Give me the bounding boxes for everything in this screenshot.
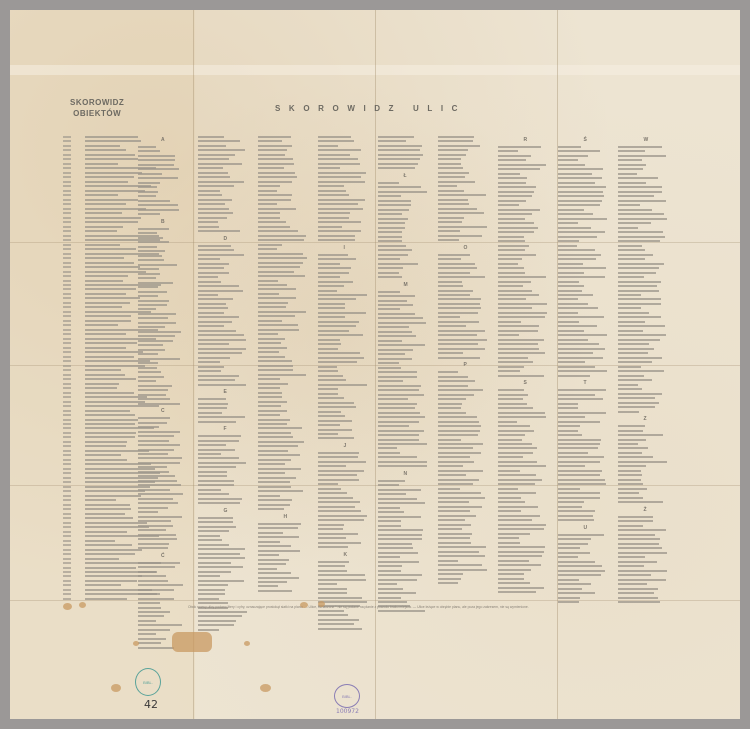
index-entry: [498, 320, 553, 324]
index-entry: [318, 189, 373, 193]
index-entry: [438, 297, 493, 301]
index-entry: [498, 253, 553, 257]
index-entry: [498, 446, 553, 450]
index-entry: [378, 244, 433, 248]
index-entry: [558, 167, 613, 171]
index-entry: [198, 383, 253, 387]
index-entry: [438, 473, 493, 477]
index-entry: [318, 455, 373, 459]
index-entry: [378, 375, 433, 379]
index-entry: [198, 556, 253, 560]
index-entry: [378, 497, 433, 501]
index-entry: [138, 452, 188, 456]
index-entry: [258, 404, 313, 408]
index-entry: [198, 211, 253, 215]
stain: [172, 632, 212, 652]
index-entry: [438, 320, 493, 324]
index-entry: [618, 573, 673, 577]
index-entry: [558, 464, 613, 468]
index-entry: [618, 478, 673, 482]
index-entry: [378, 144, 433, 148]
index-entry: [378, 388, 433, 392]
index-entry: [498, 271, 553, 275]
index-entry: [378, 411, 433, 415]
index-entry: [498, 505, 553, 509]
index-entry: [498, 302, 553, 306]
index-entry: [498, 586, 553, 590]
library-stamp-purple: BIBL.: [334, 684, 360, 708]
index-entry: [558, 235, 613, 239]
index-entry: [138, 592, 188, 596]
index-entry: [198, 570, 253, 574]
index-entry: [138, 479, 188, 483]
index-entry: [258, 476, 313, 480]
index-entry: [438, 577, 493, 581]
index-entry: [498, 393, 553, 397]
index-entry: [378, 537, 433, 541]
index-entry: [318, 487, 373, 491]
index-entry: [438, 289, 493, 293]
index-entry: [258, 589, 313, 593]
section-letter: P: [438, 360, 493, 370]
index-entry: [258, 211, 313, 215]
index-entry: [318, 573, 373, 577]
index-entry: [558, 275, 613, 279]
index-entry: [618, 324, 673, 328]
index-entry: [138, 565, 188, 569]
index-entry: [558, 573, 613, 577]
index-entry: [498, 415, 553, 419]
index-entry: [498, 329, 553, 333]
section-letter: B: [138, 217, 188, 227]
index-entry: [198, 244, 253, 248]
index-entry: [438, 329, 493, 333]
index-entry: [558, 280, 613, 284]
index-entry: [318, 153, 373, 157]
index-entry: [438, 293, 493, 297]
index-entry: [558, 560, 613, 564]
index-entry: [198, 525, 253, 529]
index-entry: [558, 338, 613, 342]
index-entry: [498, 429, 553, 433]
index-entry: [618, 546, 673, 550]
index-entry: [558, 551, 613, 555]
index-entry: [438, 229, 493, 233]
index-entry: [318, 180, 373, 184]
index-entry: [318, 482, 373, 486]
index-entry: [558, 469, 613, 473]
index-entry: [438, 379, 493, 383]
index-entry: [438, 220, 493, 224]
index-entry: [558, 500, 613, 504]
index-entry: [318, 275, 373, 279]
index-entry: [498, 199, 553, 203]
objects-index-title: SKOROWIDZ OBIEKTÓW: [70, 97, 124, 119]
index-entry: [438, 442, 493, 446]
index-entry: [618, 266, 673, 270]
section-letter: Z: [618, 414, 673, 424]
index-entry: [618, 482, 673, 486]
index-entry: [498, 536, 553, 540]
index-entry: [558, 537, 613, 541]
index-entry: [618, 528, 673, 532]
index-column-col-1: ABCĆ: [138, 135, 188, 650]
index-entry: [378, 299, 433, 303]
index-entry: [258, 462, 313, 466]
index-entry: [258, 256, 313, 260]
index-entry: [378, 600, 433, 604]
index-entry: [318, 315, 373, 319]
index-entry: [138, 254, 188, 258]
index-entry: [618, 446, 673, 450]
index-entry: [618, 542, 673, 546]
index-entry: [258, 489, 313, 493]
index-entry: [618, 145, 673, 149]
index-entry: [318, 618, 373, 622]
index-entry: [618, 158, 673, 162]
index-entry: [318, 234, 373, 238]
stamp-number: 100972: [336, 708, 359, 715]
index-entry: [558, 293, 613, 297]
index-entry: [498, 369, 553, 373]
index-entry: [558, 176, 613, 180]
index-entry: [438, 554, 493, 558]
index-entry: [558, 514, 613, 518]
index-entry: [558, 302, 613, 306]
index-entry: [558, 569, 613, 573]
index-entry: [198, 623, 253, 627]
index-entry: [498, 167, 553, 171]
index-entry: [198, 193, 253, 197]
index-entry: [198, 474, 253, 478]
index-entry: [138, 334, 188, 338]
index-entry: [618, 230, 673, 234]
index-entry: [318, 162, 373, 166]
index-entry: [378, 546, 433, 550]
index-entry: [558, 546, 613, 550]
index-entry: [198, 479, 253, 483]
index-entry: [378, 578, 433, 582]
index-entry: [618, 280, 673, 284]
section-letter: Ć: [138, 551, 188, 561]
index-entry: [318, 333, 373, 337]
index-entry: [618, 275, 673, 279]
index-entry: [378, 166, 433, 170]
index-entry: [378, 157, 433, 161]
index-entry: [378, 334, 433, 338]
index-entry: [258, 458, 313, 462]
index-entry: [198, 144, 253, 148]
index-entry: [198, 628, 253, 632]
index-entry: [498, 496, 553, 500]
index-entry: [138, 606, 188, 610]
index-entry: [198, 266, 253, 270]
index-entry: [618, 533, 673, 537]
index-entry: [138, 240, 188, 244]
index-entry: [138, 299, 188, 303]
index-entry: [438, 509, 493, 513]
index-entry: [198, 207, 253, 211]
index-entry: [378, 370, 433, 374]
index-entry: [438, 514, 493, 518]
index-entry: [198, 378, 253, 382]
index-entry: [618, 315, 673, 319]
index-entry: [438, 532, 493, 536]
index-entry: [558, 253, 613, 257]
index-entry: [258, 355, 313, 359]
index-entry: [438, 238, 493, 242]
index-entry: [138, 421, 188, 425]
index-entry: [138, 506, 188, 510]
index-entry: [258, 503, 313, 507]
index-entry: [138, 448, 188, 452]
index-entry: [618, 560, 673, 564]
stamp-text: BIBL.: [342, 694, 352, 699]
index-entry: [138, 149, 188, 153]
index-entry: [498, 550, 553, 554]
index-entry: [618, 555, 673, 559]
index-entry: [258, 323, 313, 327]
index-entry: [618, 460, 673, 464]
index-entry: [318, 225, 373, 229]
index-entry: [198, 397, 253, 401]
index-entry: [258, 413, 313, 417]
index-entry: [318, 401, 373, 405]
index-entry: [138, 167, 188, 171]
index-entry: [378, 384, 433, 388]
index-entry: [138, 236, 188, 240]
index-entry: [258, 314, 313, 318]
index-entry: [498, 402, 553, 406]
index-entry: [498, 230, 553, 234]
index-entry: [198, 347, 253, 351]
index-entry: [198, 588, 253, 592]
index-entry: [138, 231, 188, 235]
index-entry: [558, 478, 613, 482]
index-entry: [318, 280, 373, 284]
index-entry: [438, 315, 493, 319]
index-entry: [498, 203, 553, 207]
index-entry: [558, 311, 613, 315]
index-entry: [198, 552, 253, 556]
index-entry: [618, 262, 673, 266]
index-entry: [198, 465, 253, 469]
index-entry: [258, 350, 313, 354]
index-entry: [618, 405, 673, 409]
index-entry: [618, 226, 673, 230]
index-entry: [258, 234, 313, 238]
index-entry: [438, 253, 493, 257]
index-entry: [558, 297, 613, 301]
index-entry: [258, 148, 313, 152]
index-entry: [138, 574, 188, 578]
index-entry: [318, 469, 373, 473]
index-entry: [258, 498, 313, 502]
index-entry: [438, 266, 493, 270]
index-entry: [378, 524, 433, 528]
index-entry: [138, 325, 188, 329]
index-entry: [558, 190, 613, 194]
index-entry: [258, 220, 313, 224]
index-entry: [558, 564, 613, 568]
index-entry: [258, 341, 313, 345]
index-entry: [138, 393, 188, 397]
index-entry: [258, 310, 313, 314]
index-entry: [558, 600, 613, 604]
index-entry: [558, 212, 613, 216]
index-entry: [498, 545, 553, 549]
index-entry: [498, 248, 553, 252]
index-entry: [498, 590, 553, 594]
section-letter: K: [318, 550, 373, 560]
index-entry: [318, 216, 373, 220]
index-entry: [198, 402, 253, 406]
index-entry: [318, 396, 373, 400]
index-entry: [618, 564, 673, 568]
index-entry: [258, 553, 313, 557]
index-entry: [438, 284, 493, 288]
index-entry: [438, 420, 493, 424]
index-entry: [618, 342, 673, 346]
index-entry: [318, 329, 373, 333]
index-entry: [558, 217, 613, 221]
index-entry: [318, 464, 373, 468]
index-entry: [258, 431, 313, 435]
index-entry: [258, 544, 313, 548]
index-entry: [258, 270, 313, 274]
index-entry: [198, 248, 253, 252]
index-entry: [558, 442, 613, 446]
index-column-col-2: DEFG: [198, 135, 253, 632]
index-entry: [438, 487, 493, 491]
index-entry: [378, 153, 433, 157]
index-entry: [498, 541, 553, 545]
index-entry: [618, 154, 673, 158]
index-entry: [318, 347, 373, 351]
index-entry: [438, 438, 493, 442]
index-entry: [618, 167, 673, 171]
index-entry: [138, 465, 188, 469]
index-entry: [138, 285, 188, 289]
index-entry: [618, 365, 673, 369]
index-entry: [378, 325, 433, 329]
index-entry: [258, 382, 313, 386]
stain: [260, 684, 271, 692]
index-entry: [258, 418, 313, 422]
index-entry: [558, 149, 613, 153]
index-entry: [198, 406, 253, 410]
index-entry: [318, 414, 373, 418]
index-entry: [618, 235, 673, 239]
index-entry: [378, 397, 433, 401]
index-entry: [258, 175, 313, 179]
index-entry: [318, 175, 373, 179]
index-entry: [258, 409, 313, 413]
index-entry: [558, 455, 613, 459]
index-entry: [318, 365, 373, 369]
index-entry: [198, 597, 253, 601]
index-entry: [498, 315, 553, 319]
index-entry: [258, 144, 313, 148]
index-entry: [618, 190, 673, 194]
index-entry: [318, 536, 373, 540]
index-entry: [378, 402, 433, 406]
index-entry: [498, 487, 553, 491]
index-entry: [438, 166, 493, 170]
index-entry: [438, 375, 493, 379]
index-entry: [378, 290, 433, 294]
index-entry: [138, 375, 188, 379]
index-entry: [138, 542, 188, 546]
index-entry: [378, 257, 433, 261]
index-entry: [138, 361, 188, 365]
index-entry: [378, 235, 433, 239]
index-entry: [378, 393, 433, 397]
index-entry: [438, 180, 493, 184]
index-entry: [138, 357, 188, 361]
index-entry: [198, 157, 253, 161]
index-entry: [438, 338, 493, 342]
index-entry: [318, 423, 373, 427]
index-entry: [378, 451, 433, 455]
index-entry: [438, 171, 493, 175]
index-entry: [378, 248, 433, 252]
index-entry: [318, 144, 373, 148]
index-entry: [138, 263, 188, 267]
index-entry: [618, 239, 673, 243]
index-entry: [318, 518, 373, 522]
index-entry: [378, 203, 433, 207]
index-entry: [498, 473, 553, 477]
index-entry: [498, 239, 553, 243]
section-letter: M: [378, 280, 433, 290]
index-entry: [198, 461, 253, 465]
index-entry: [258, 480, 313, 484]
index-entry: [258, 216, 313, 220]
index-entry: [438, 193, 493, 197]
index-entry: [138, 474, 188, 478]
index-entry: [618, 374, 673, 378]
index-entry: [438, 518, 493, 522]
index-entry: [498, 338, 553, 342]
index-entry: [318, 166, 373, 170]
section-letter: Ż: [618, 505, 673, 515]
index-entry: [258, 274, 313, 278]
index-entry: [198, 262, 253, 266]
index-entry: [378, 208, 433, 212]
index-entry: [438, 148, 493, 152]
index-entry: [618, 378, 673, 382]
index-entry: [198, 488, 253, 492]
index-entry: [558, 482, 613, 486]
index-entry: [618, 455, 673, 459]
index-entry: [138, 312, 188, 316]
index-entry: [318, 202, 373, 206]
index-entry: [558, 230, 613, 234]
index-entry: [558, 347, 613, 351]
index-entry: [318, 184, 373, 188]
index-entry: [558, 420, 613, 424]
stamp-text: BIBL.: [143, 680, 153, 685]
index-entry: [618, 464, 673, 468]
index-entry: [138, 583, 188, 587]
index-entry: [378, 542, 433, 546]
index-entry: [258, 202, 313, 206]
index-entry: [138, 290, 188, 294]
section-letter: F: [198, 424, 253, 434]
index-entry: [258, 135, 313, 139]
index-entry: [258, 287, 313, 291]
